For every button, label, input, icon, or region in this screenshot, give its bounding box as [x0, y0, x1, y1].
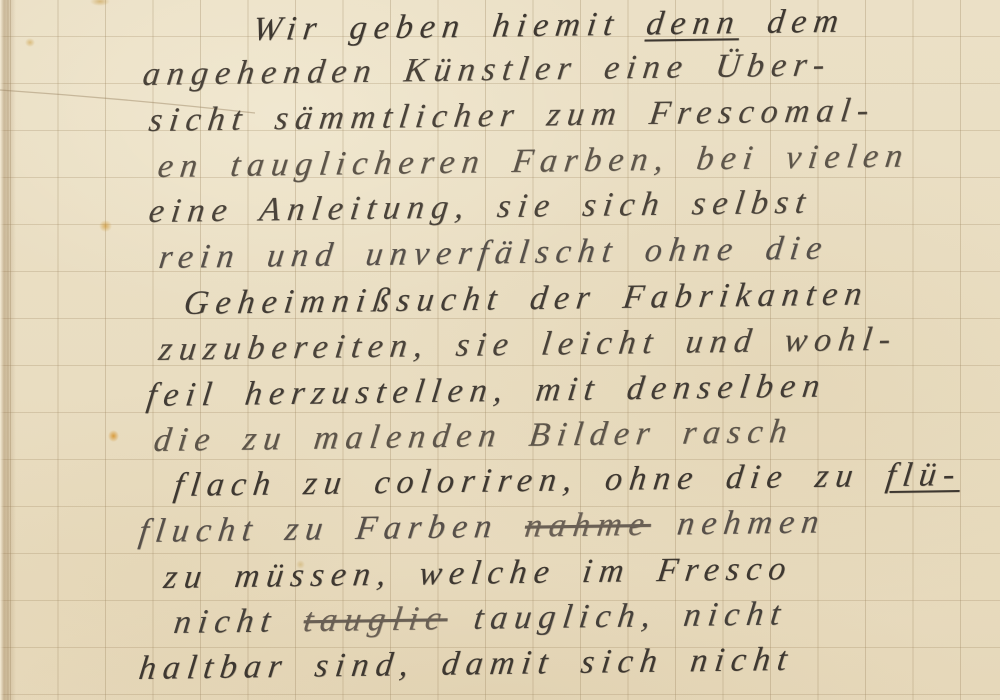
line-text: sicht sämmtlicher zum Frescomal-: [147, 92, 878, 139]
line-text: Geheimnißsucht der Fabrikanten: [182, 275, 871, 322]
struck-out-word: tauglic: [301, 600, 449, 639]
line-text: angehenden Künstler eine Über-: [141, 46, 834, 93]
handwriting-line: eine Anleitung, sie sich selbst: [146, 181, 815, 234]
line-text: die zu malenden Bilder rasch: [152, 413, 796, 459]
line-text: flucht zu Farben: [137, 508, 528, 550]
paper-stain: [108, 430, 119, 442]
handwriting-line: angehenden Künstler eine Über-: [140, 43, 834, 97]
line-text: zuzubereiten, sie leicht und wohl-: [157, 321, 900, 368]
handwriting-line: feil herzustellen, mit denselben: [144, 365, 829, 418]
handwriting-line: sicht sämmtlicher zum Frescomal-: [146, 89, 878, 143]
handwriting-line: flach zu coloriren, ohne die zu flü-: [171, 453, 964, 508]
paper-stain: [25, 38, 35, 47]
underlined-word: denn: [644, 4, 743, 42]
line-text: eine Anleitung, sie sich selbst: [147, 184, 815, 230]
handwriting-line: zu müssen, welche im Fresco: [161, 547, 795, 600]
line-text: feil herzustellen, mit denselben: [145, 368, 829, 414]
handwriting-line: nicht tauglic tauglich, nicht: [171, 592, 790, 645]
line-text: zu müssen, welche im Fresco: [162, 550, 795, 596]
handwriting-line: die zu malenden Bilder rasch: [151, 410, 796, 463]
line-text: rein und unverfälscht ohne die: [157, 230, 831, 276]
handwriting-line: flucht zu Farben nahme nehmen: [136, 500, 828, 554]
handwriting-line: haltbar sind, damit sich nicht: [136, 638, 796, 691]
line-text: dem: [739, 3, 848, 41]
line-text: nicht: [172, 602, 306, 641]
page-left-edge: [0, 0, 16, 700]
manuscript-page: Wir geben hiemit denn dem angehenden Kün…: [0, 0, 1000, 700]
line-text: en tauglicheren Farben, bei vielen: [156, 138, 912, 185]
handwriting-line: rein und unverfälscht ohne die: [156, 227, 831, 280]
paper-stain: [90, 0, 110, 6]
line-text: Wir geben hiemit: [251, 6, 649, 48]
handwriting-line: Geheimnißsucht der Fabrikanten: [181, 272, 871, 326]
struck-out-word: nahme: [523, 506, 654, 545]
line-text: nehmen: [649, 503, 828, 542]
handwriting-line: zuzubereiten, sie leicht und wohl-: [156, 318, 900, 372]
line-text: haltbar sind, damit sich nicht: [137, 641, 796, 687]
line-text: tauglich, nicht: [445, 595, 789, 637]
underlined-word: flü-: [884, 456, 964, 494]
paper-stain: [99, 220, 112, 232]
line-text: flach zu coloriren, ohne die zu: [172, 457, 889, 504]
